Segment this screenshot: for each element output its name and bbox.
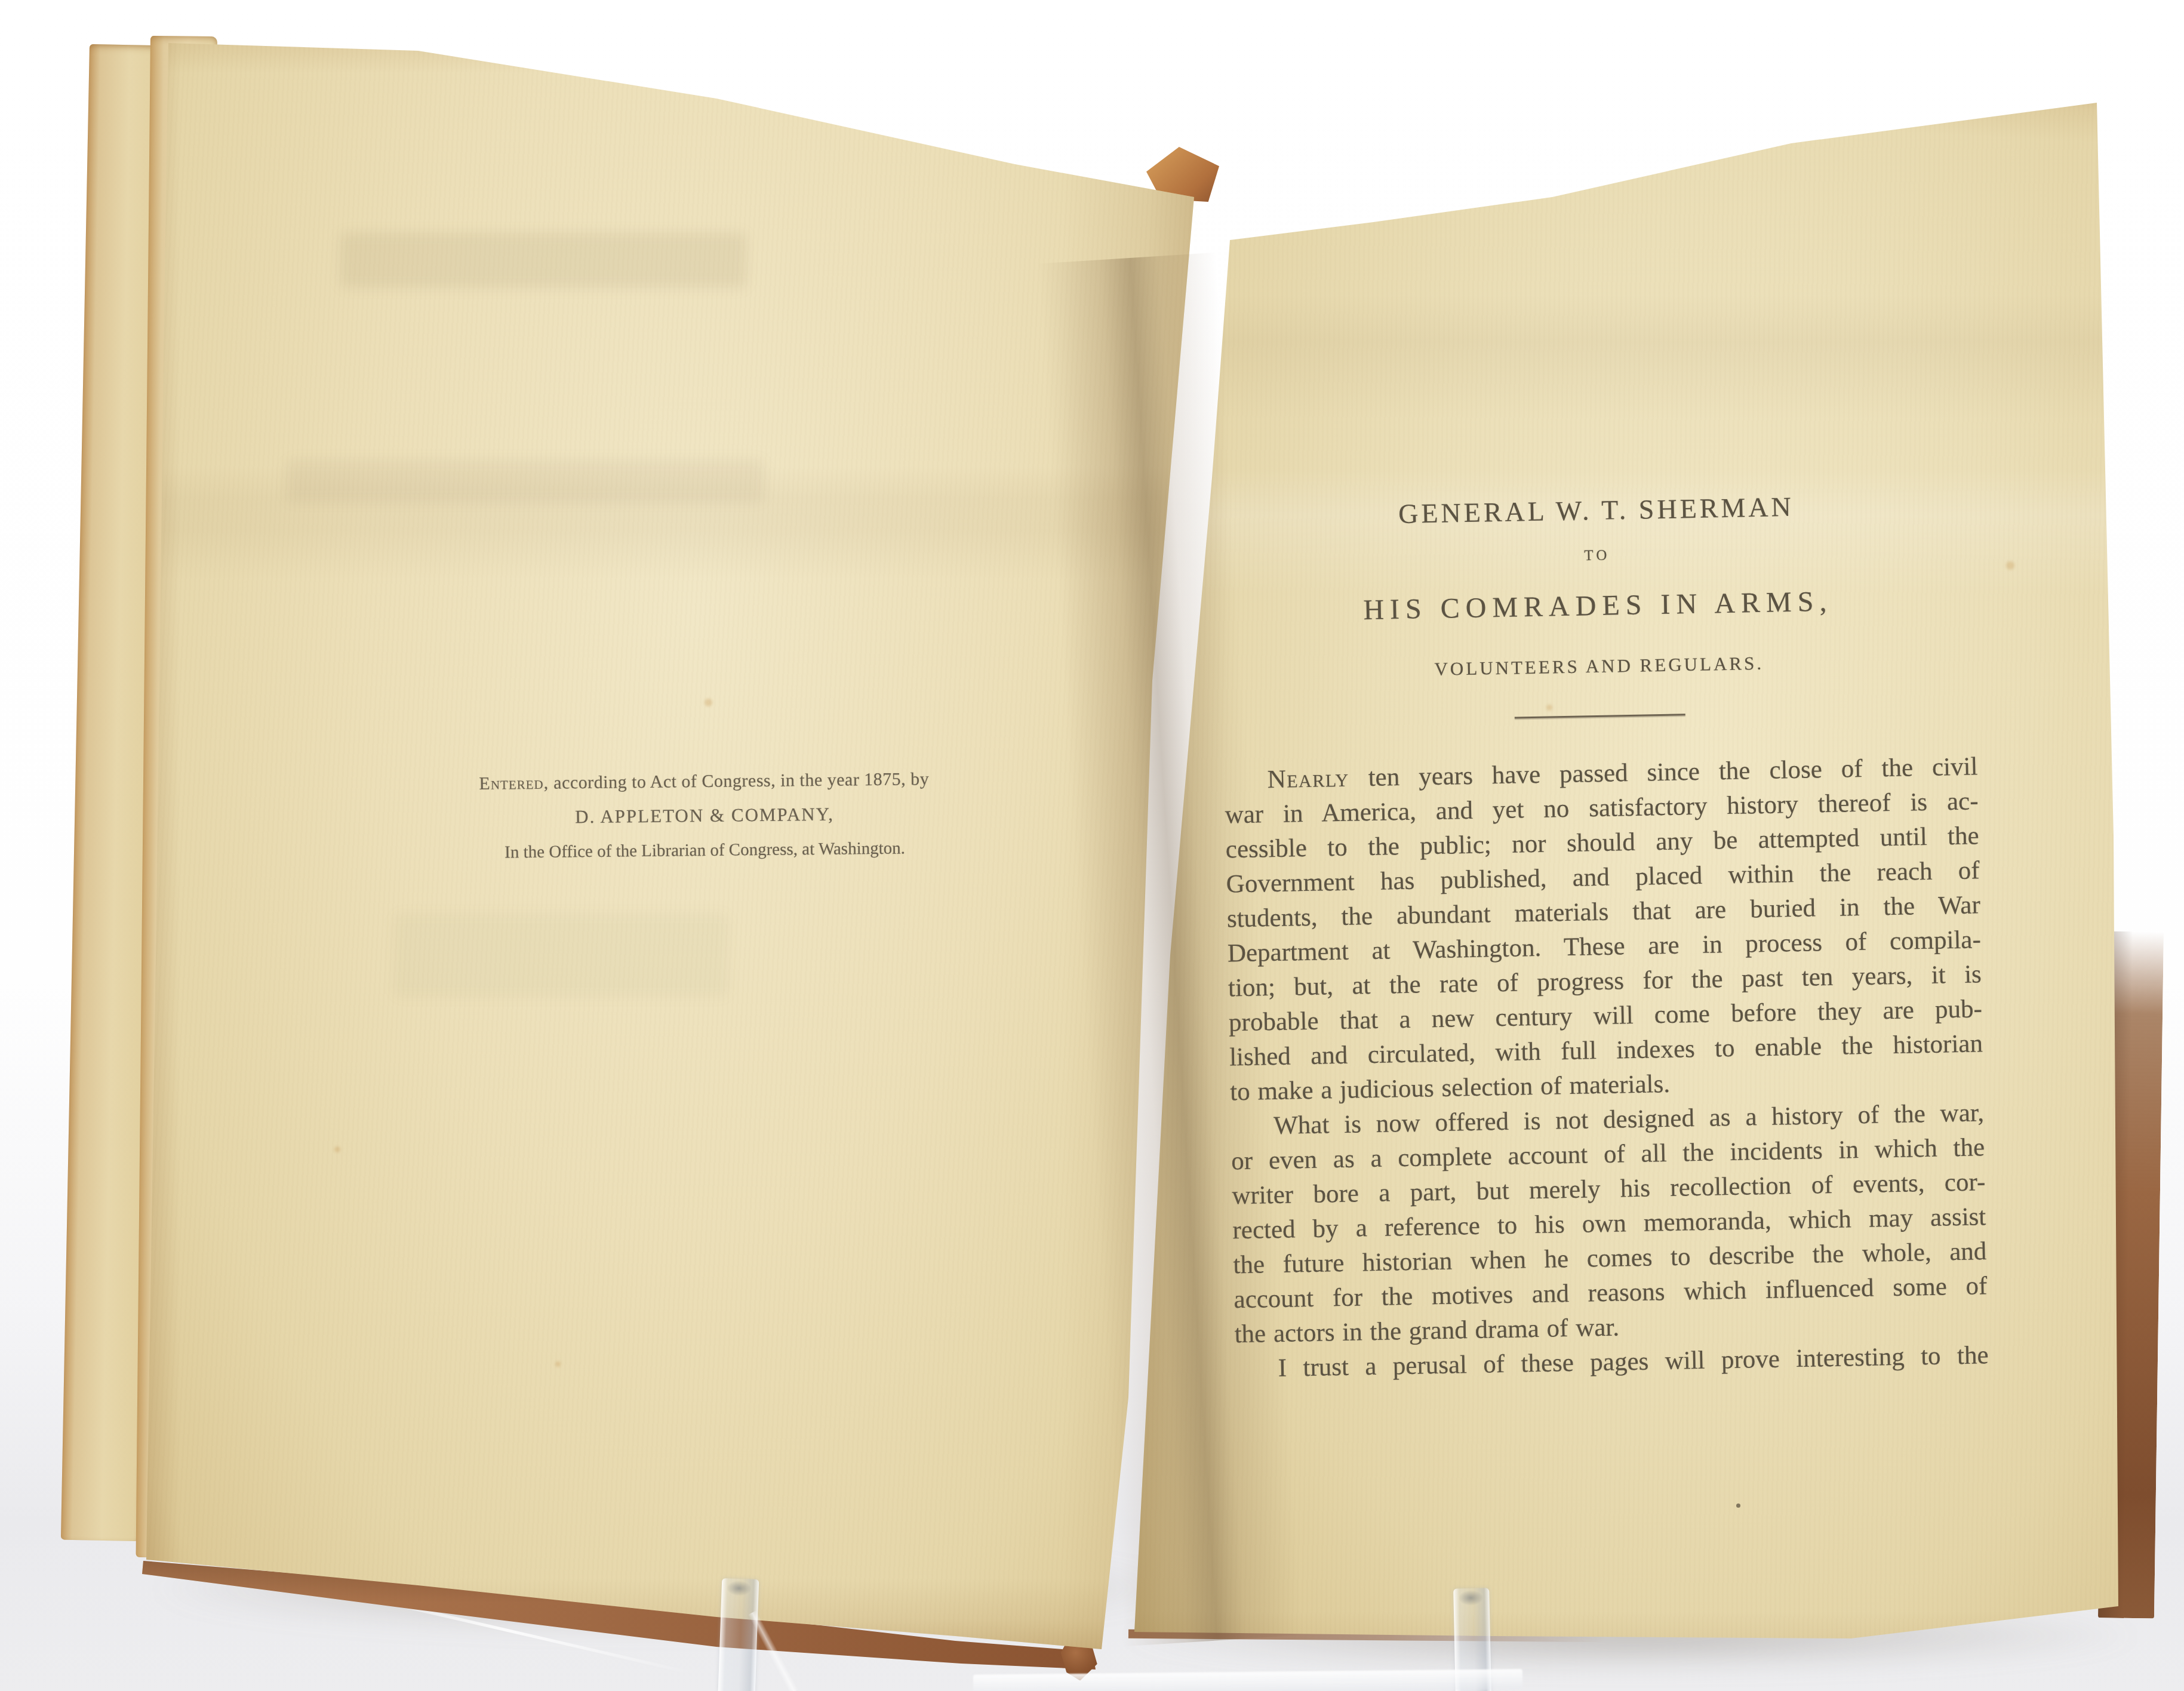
acrylic-base [973,1669,1522,1691]
acrylic-stand-tip [1458,1590,1484,1606]
foxing-spot [705,699,712,706]
acrylic-stand-left [718,1578,759,1691]
body-paragraphs: Nearly ten years have passed since the c… [1224,749,1989,1386]
text-line: rected by a reference to his own memoran… [1232,1200,1986,1248]
text-line: probable that a new century will come be… [1229,992,1983,1040]
dedication-line-4: VOLUNTEERS AND REGULARS. [1222,648,1976,684]
foxing-spot [334,1146,340,1152]
text-line: Nearly ten years have passed since the c… [1224,749,1978,798]
text-line: to make a judicious selection of materia… [1230,1061,1984,1109]
paragraph: I trust a perusal of these pages will pr… [1235,1338,1989,1386]
text-line: Department at Washington. These are in p… [1227,923,1981,971]
paragraph-lead-smallcaps: Nearly [1267,764,1349,794]
copyright-notice: Entered,according to Act of Congress, in… [417,768,992,863]
acrylic-stand-tip [726,1580,752,1596]
show-through-ghost-title [340,233,746,288]
copyright-line-1: Entered,according to Act of Congress, in… [417,768,991,795]
text-line: writer bore a part, but merely his recol… [1232,1165,1986,1213]
copyright-line-1-text: according to Act of Congress, in the yea… [553,769,929,793]
show-through-ghost-lower [394,914,728,997]
text-line: I trust a perusal of these pages will pr… [1235,1338,1989,1386]
copyright-line-3: In the Office of the Librarian of Congre… [418,838,991,863]
text-line: war in America, and yet no satisfactory … [1225,784,1979,832]
text-line: students, the abundant materials that ar… [1226,888,1980,936]
dedication-line-1: GENERAL W. T. SHERMAN [1219,487,1973,533]
section-rule [1515,714,1685,718]
dedication-line-3: HIS COMRADES IN ARMS, [1221,582,1975,629]
text-line: the actors in the grand drama of war. [1234,1303,1988,1352]
foxing-spot [2006,561,2014,570]
text-line: lished and circulated, with full indexes… [1229,1026,1983,1075]
text-line: the future historian when he comes to de… [1233,1234,1987,1283]
copyright-lead-smallcaps: Entered, [479,773,549,794]
dedication-page-content: GENERAL W. T. SHERMAN TO HIS COMRADES IN… [1219,487,1989,1386]
paragraph: Nearly ten years have passed since the c… [1224,749,1983,1109]
book-photograph: Entered,according to Act of Congress, in… [0,0,2184,1691]
foxing-spot [555,1361,561,1367]
show-through-ghost-subtitle [287,460,764,502]
foxing-spot [1546,705,1552,711]
text-line: cessible to the public; nor should any b… [1225,819,1979,867]
copyright-line-2: D. APPLETON & COMPANY, [418,802,991,829]
paragraph: What is now offered is not designed as a… [1231,1096,1988,1352]
dedication-line-2: TO [1220,540,1974,571]
text-line: Government has published, and placed wit… [1226,853,1980,902]
text-line: tion; but, at the rate of progress for t… [1228,957,1982,1006]
text-line: or even as a complete account of all the… [1231,1130,1985,1179]
ink-speck [1736,1504,1740,1508]
text-line: account for the motives and reasons whic… [1234,1269,1988,1317]
text-line: What is now offered is not designed as a… [1231,1096,1985,1144]
